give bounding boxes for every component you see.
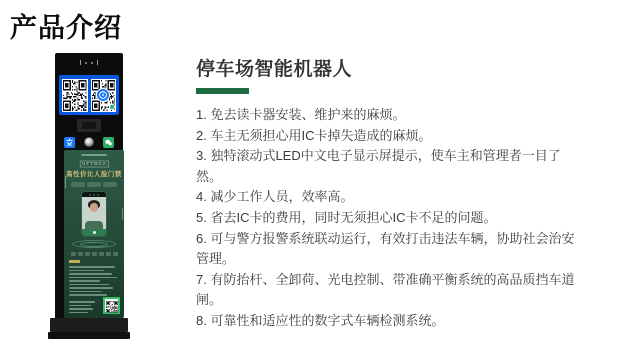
slide: { "page": { "title": "产品介绍" }, "section"… bbox=[0, 0, 639, 360]
kiosk-product-image: UFTOCA 高性价比人脸门禁 bbox=[50, 53, 130, 345]
feature-item: 8. 可靠性和适应性的数字式车辆检测系统。 bbox=[196, 311, 576, 332]
poster-contact-lines bbox=[69, 301, 95, 314]
poster-tags bbox=[71, 182, 117, 187]
page-title: 产品介绍 bbox=[10, 6, 122, 45]
poster-headline-row: 高性价比人脸门禁 bbox=[64, 170, 124, 179]
kiosk-base bbox=[50, 318, 128, 332]
camera-slot-icon bbox=[77, 119, 101, 132]
feature-item: 4. 减少工作人员，效率高。 bbox=[196, 187, 576, 208]
qr-code-icon bbox=[63, 80, 87, 111]
title-accent-bar bbox=[196, 88, 249, 94]
qr-code-right bbox=[91, 79, 117, 112]
poster-footer bbox=[69, 297, 120, 314]
poster-qr-code bbox=[103, 297, 120, 314]
qr-display-panel bbox=[59, 75, 119, 115]
wechat-icon bbox=[103, 137, 114, 148]
face-portrait bbox=[82, 197, 106, 229]
feature-item: 5. 省去IC卡的费用，同时无须担心IC卡不足的问题。 bbox=[196, 208, 576, 229]
qr-code-icon bbox=[106, 300, 118, 312]
poster-headline: 高性价比人脸门禁 bbox=[66, 171, 122, 177]
poster-screen: UFTOCA 高性价比人脸门禁 bbox=[64, 150, 124, 318]
poster-model-label: UFTOCA bbox=[79, 160, 108, 167]
poster-accent bbox=[65, 176, 66, 188]
section-content: 停车场智能机器人 1. 免去读卡器安装、维护来的麻烦。 2. 车主无须担心用IC… bbox=[196, 54, 576, 332]
feature-item: 3. 独特滚动式LED中文电子显示屏提示，使车主和管理者一目了然。 bbox=[196, 146, 576, 187]
feature-item: 6. 可与警方报警系统联动运行，有效打击违法车辆，协助社会治安管理。 bbox=[196, 229, 576, 270]
kiosk-tower: UFTOCA 高性价比人脸门禁 bbox=[55, 53, 123, 318]
ripple-ellipses bbox=[71, 239, 117, 249]
poster-model-row: UFTOCA bbox=[68, 159, 121, 168]
wechat-badge-icon bbox=[109, 104, 115, 110]
feature-item: 1. 免去读卡器安装、维护来的麻烦。 bbox=[196, 105, 576, 126]
kiosk-base-plate bbox=[48, 332, 130, 339]
scan-logo-icon bbox=[96, 88, 110, 102]
indicator-lights-icon bbox=[55, 60, 123, 65]
alipay-icon bbox=[64, 137, 75, 148]
payment-icons-row bbox=[64, 136, 114, 148]
qr-code-left bbox=[62, 79, 88, 112]
poster-note-lines bbox=[64, 266, 124, 298]
feature-item: 7. 有防抬杆、全卸荷、光电控制、带准确平衡系统的高品质挡车道闸。 bbox=[196, 270, 576, 311]
poster-mini-tags bbox=[71, 252, 118, 256]
poster-note-heading bbox=[69, 260, 80, 263]
section-title: 停车场智能机器人 bbox=[196, 54, 576, 81]
camera-lens-icon bbox=[84, 137, 94, 147]
poster-fine-print bbox=[81, 154, 107, 156]
terminal-footer bbox=[82, 229, 106, 236]
face-terminal-image bbox=[81, 191, 107, 237]
poster-accent bbox=[122, 208, 123, 220]
feature-item: 2. 车主无须担心用IC卡掉失造成的麻烦。 bbox=[196, 126, 576, 147]
feature-list: 1. 免去读卡器安装、维护来的麻烦。 2. 车主无须担心用IC卡掉失造成的麻烦。… bbox=[196, 105, 576, 332]
